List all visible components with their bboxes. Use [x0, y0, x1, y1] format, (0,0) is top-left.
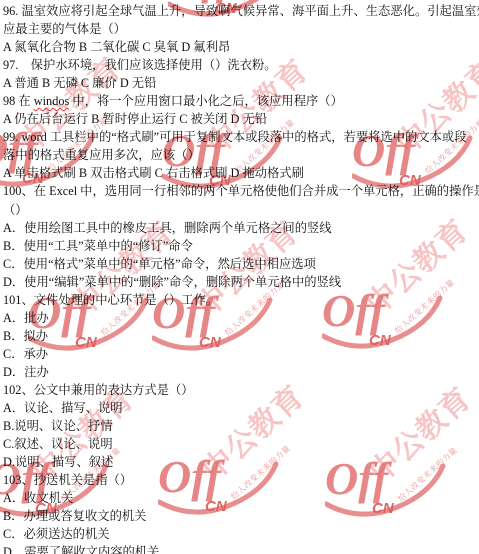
text-line: C.叙述、议论、说明 — [3, 435, 479, 453]
text-segment: 100、在 Excel 中，选用同一行相邻的两个单元格使他们合并成一个单元格，正… — [3, 184, 479, 198]
text-segment: 落中的格式重复应用多次，应该（） — [3, 148, 200, 162]
text-line: A 仍在后台运行 B 暂时停止运行 C 被关闭 D 无铅 — [3, 110, 479, 128]
text-segment: C.叙述、议论、说明 — [3, 437, 113, 451]
text-line: 101、文件处理的中心环节是（）工作。 — [3, 291, 479, 309]
text-line: A 氮氧化合物 B 二氧化碳 C 臭氧 D 氟利昂 — [3, 38, 479, 56]
text-segment: A 氮氧化合物 B 二氧化碳 C 臭氧 D 氟利昂 — [3, 40, 230, 54]
text-segment: D．使用“编辑”菜单中的“删除”命令，删除两个单元格中的竖线 — [3, 275, 341, 289]
text-segment: A．收文机关 — [3, 491, 73, 505]
text-segment: 96. 温室效应将引起全球气温上升，导致啊气候异常、海平面上升、生态恶化。引起温… — [3, 4, 479, 18]
text-line: B．拟办 — [3, 327, 479, 345]
text-line: B.说明、议论、抒情 — [3, 417, 479, 435]
text-segment: 101、文件处理的中心环节是（）工作。 — [3, 293, 218, 307]
text-line: D．注办 — [3, 363, 479, 381]
text-line: 102、公文中兼用的表达方式是（） — [3, 381, 479, 399]
text-segment: 应最主要的气体是（） — [3, 22, 126, 36]
text-segment: A．批办 — [3, 311, 49, 325]
text-line: A．收文机关 — [3, 489, 479, 507]
text-segment: A．议论、描写、说明 — [3, 401, 123, 415]
text-segment: 102、公文中兼用的表达方式是（） — [3, 383, 194, 397]
misspelled-word: windos — [34, 94, 70, 108]
text-line: C．必须送达的机关 — [3, 525, 479, 543]
text-line: B．使用“工具”菜单中的“修订”命令 — [3, 237, 479, 255]
text-segment: A 仍在后台运行 B 暂时停止运行 C 被关闭 D 无铅 — [3, 112, 267, 126]
text-line: 97. 保护水环境，我们应该选择使用（）洗衣粉。 — [3, 56, 479, 74]
text-line: A．使用绘图工具中的橡皮工具，删除两个单元格之间的竖线 — [3, 219, 479, 237]
text-segment: D.说明、描写、叙述 — [3, 455, 113, 469]
text-line: 100、在 Excel 中，选用同一行相邻的两个单元格使他们合并成一个单元格，正… — [3, 182, 479, 200]
text-segment: D．注办 — [3, 365, 49, 379]
question-text-block: 96. 温室效应将引起全球气温上升，导致啊气候异常、海平面上升、生态恶化。引起温… — [3, 2, 479, 554]
text-line: 103、抄送机关是指（） — [3, 471, 479, 489]
text-segment: 97. 保护水环境，我们应该选择使用（）洗衣粉。 — [3, 58, 277, 72]
text-line: D.说明、描写、叙述 — [3, 453, 479, 471]
text-segment: C．必须送达的机关 — [3, 527, 110, 541]
text-segment: A．使用绘图工具中的橡皮工具，删除两个单元格之间的竖线 — [3, 221, 332, 235]
text-line: A．批办 — [3, 309, 479, 327]
text-line: 98 在 windos 中，将一个应用窗口最小化之后，该应用程序（） — [3, 92, 479, 110]
text-line: A 单击格式刷 B 双击格式刷 C 右击格式刷 D 拖动格式刷 — [3, 164, 479, 182]
text-segment: 103、抄送机关是指（） — [3, 473, 132, 487]
text-segment: A 普通 B 无磷 C 廉价 D 无铅 — [3, 76, 156, 90]
text-line: A．议论、描写、说明 — [3, 399, 479, 417]
text-segment: B．使用“工具”菜单中的“修订”命令 — [3, 239, 193, 253]
text-line: D．需要了解收文内容的机关 — [3, 543, 479, 554]
text-segment: B．办理或答复收文的机关 — [3, 509, 146, 523]
text-line: 落中的格式重复应用多次，应该（） — [3, 146, 479, 164]
text-line: 96. 温室效应将引起全球气温上升，导致啊气候异常、海平面上升、生态恶化。引起温… — [3, 2, 479, 20]
text-segment: D．需要了解收文内容的机关 — [3, 545, 159, 554]
text-line: C．使用“格式”菜单中的“单元格”命令，然后选中相应选项 — [3, 255, 479, 273]
text-segment: 98 在 — [3, 94, 34, 108]
text-segment: A 单击格式刷 B 双击格式刷 C 右击格式刷 D 拖动格式刷 — [3, 166, 304, 180]
text-line: B．办理或答复收文的机关 — [3, 507, 479, 525]
text-segment: B．拟办 — [3, 329, 48, 343]
text-line: 应最主要的气体是（） — [3, 20, 479, 38]
text-line: （） — [3, 201, 479, 219]
text-line: A 普通 B 无磷 C 廉价 D 无铅 — [3, 74, 479, 92]
text-line: D．使用“编辑”菜单中的“删除”命令，删除两个单元格中的竖线 — [3, 273, 479, 291]
text-segment: C．使用“格式”菜单中的“单元格”命令，然后选中相应选项 — [3, 257, 316, 271]
text-segment: 中，将一个应用窗口最小化之后，该应用程序（） — [69, 94, 343, 108]
text-line: 99. word 工具栏中的“格式刷”可用于复制文本或段落中的格式，若要将选中的… — [3, 128, 479, 146]
text-line: C．承办 — [3, 345, 479, 363]
text-segment: 99. word 工具栏中的“格式刷”可用于复制文本或段落中的格式，若要将选中的… — [3, 130, 467, 144]
document-page: 中公教育 给人改变未来的力量 Off CN 中公教育 给人改变未来的力量 Off… — [0, 0, 479, 554]
text-segment: C．承办 — [3, 347, 48, 361]
text-segment: B.说明、议论、抒情 — [3, 419, 113, 433]
text-segment: （） — [3, 203, 28, 217]
